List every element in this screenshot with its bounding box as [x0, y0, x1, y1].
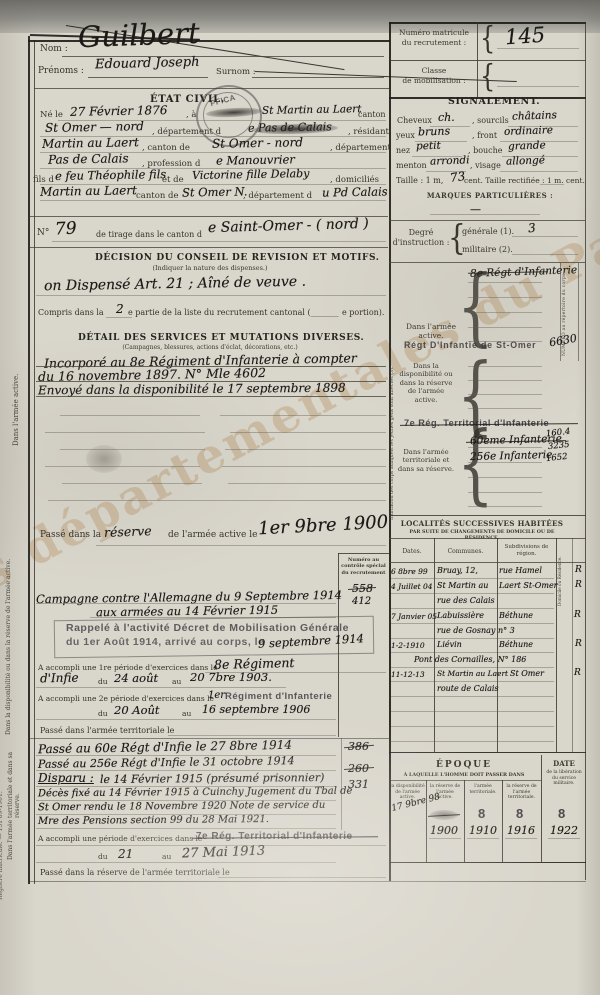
matricule-brace: {	[480, 22, 495, 53]
ruled-line	[391, 623, 554, 624]
ruled-line	[88, 77, 208, 78]
terr-line3-disparu: Disparu :	[38, 771, 94, 785]
periode2-date2: 16 septembre 1906	[202, 703, 310, 716]
ruled-line	[62, 483, 202, 484]
rappele-stamp-line1: Rappelé à l'activité Décret de Mobilisat…	[66, 622, 349, 634]
localites-row-dr: R	[575, 639, 582, 649]
epoque-subtitle: À LAQUELLE L'HOMME DOIT PASSER DANS	[390, 772, 538, 778]
controle-value-2: 412	[352, 596, 371, 607]
ruled-line	[540, 184, 564, 185]
section-divider	[389, 515, 586, 516]
localites-col-line-4	[572, 538, 573, 752]
matricule-label-2: du recrutement :	[394, 38, 474, 47]
periode1-date2: 20 7bre 1903.	[190, 670, 272, 684]
ruled-line	[391, 741, 554, 742]
compris-label-2: e partie de la liste du recrutement cant…	[128, 308, 339, 317]
controle-column-top	[338, 553, 389, 554]
localites-col-subdiv: Subdivisions de région.	[499, 544, 554, 558]
ruled-line	[40, 200, 386, 201]
ruled-line	[391, 593, 554, 594]
ruled-line	[60, 449, 205, 450]
ruled-line	[106, 317, 132, 318]
ruled-line	[468, 394, 542, 395]
nom-value: Guilbert	[77, 16, 200, 54]
classe-label-1: Classe	[394, 66, 474, 75]
periode2-au: au	[182, 709, 191, 718]
ruled-line	[468, 380, 542, 381]
matricule-value: 145	[504, 23, 546, 50]
localites-row-commune: Pont des Cornailles, N° 186	[414, 655, 526, 664]
margin-armee-active: Dans l'armée active.	[12, 330, 26, 490]
ruled-line	[391, 608, 554, 609]
nez-label: nez	[396, 146, 410, 155]
section-divider	[30, 247, 388, 248]
ruled-line	[45, 432, 205, 433]
localites-row-subdiv: Béthune	[499, 640, 533, 649]
ruled-line	[497, 86, 579, 87]
terr-line6: Mre des Pensions section 99 du 28 Mai 19…	[38, 814, 269, 827]
ruled-line	[391, 696, 554, 697]
ruled-line	[497, 48, 579, 49]
localites-row-commune: Labuissière	[437, 611, 484, 620]
generale-label: générale (1).	[462, 227, 514, 236]
terr-line5: St Omer rendu le 18 Novembre 1920 Note d…	[38, 800, 325, 814]
localites-row-date: 7 Janvier 05	[391, 612, 437, 621]
periode3-date2: 27 Mai 1913	[182, 844, 266, 862]
ruled-line	[36, 295, 386, 296]
ruled-line	[36, 396, 386, 397]
ruled-line	[228, 483, 386, 484]
ruled-line	[36, 828, 336, 829]
tirage-canton: e Saint-Omer - ( nord )	[208, 216, 369, 236]
epoque-col3-header: l'armée territoriale.	[466, 784, 500, 795]
localites-row-commune: Bruay, 12,	[437, 566, 478, 575]
instruction-label-1: Degré	[398, 228, 444, 238]
ruled-line	[391, 638, 554, 639]
epoque-col3-stamp: 8	[478, 806, 486, 821]
cheveux-label: Cheveux	[397, 116, 432, 125]
terr-line1: Passé au 60e Régt d'Infie le 27 8bre 191…	[38, 738, 292, 756]
periode3-label: A accompli une période d'exercices dans …	[38, 834, 202, 843]
prenoms-value: Edouard Joseph	[95, 55, 200, 73]
periode2-1er: 1er	[208, 690, 225, 701]
compris-value: 2	[116, 302, 124, 316]
ruled-line	[512, 254, 578, 255]
epoque-title: ÉPOQUE	[390, 760, 538, 771]
ruled-line	[468, 477, 542, 478]
epoque-col-line-1	[426, 780, 427, 862]
ec-l4-h2: e Manouvrier	[216, 152, 295, 167]
section-divider	[389, 220, 585, 221]
ruled-line	[430, 214, 540, 215]
periode1-infanterie: d'Infie	[40, 671, 79, 686]
passe-reserve-value-1: réserve	[104, 523, 152, 540]
epoque-col-line-2	[464, 780, 465, 862]
epoque-col2-value: 1900	[430, 824, 458, 837]
passe-reserve-label-1: Passé dans la	[40, 530, 101, 540]
localites-row-commune: Liévin	[437, 640, 462, 649]
corps-active-label: Dans l'armée active.	[404, 322, 458, 341]
decision-title: DÉCISION DU CONSEIL DE REVISION ET MOTIF…	[95, 253, 380, 263]
compris-label-1: Compris dans la	[38, 308, 104, 317]
ec-l5-h1: e feu Théophile fils	[55, 167, 166, 183]
localites-row-commune: rue des Calais	[437, 596, 495, 605]
rappele-stamp-line2: du 1er Août 1914, arrivé au corps, le	[66, 636, 264, 648]
localites-col-line-1	[434, 538, 435, 752]
decision-subtitle: (Indiquer la nature des dispenses.)	[120, 264, 300, 272]
periode2-date1: 20 Août	[114, 703, 160, 717]
sourcils-value: châtains	[512, 109, 557, 123]
localites-row-subdiv: rue Hamel	[499, 566, 542, 575]
periode3-date1: 21	[118, 847, 133, 861]
ec-l1-p2: , à	[186, 110, 196, 120]
ruled-line	[60, 415, 200, 416]
epoque-date-subtitle: de la libération du service militaire.	[543, 770, 585, 787]
localites-row-subdiv: Laert St-Omer	[499, 581, 558, 590]
ruled-line	[468, 297, 542, 298]
ec-l1-p1: Né le	[40, 110, 63, 120]
bouche-value: grande	[508, 139, 546, 152]
corps-terr-brace: {	[457, 420, 494, 507]
ruled-line	[225, 449, 386, 450]
ruled-line	[505, 838, 537, 839]
localites-col-line-2	[497, 538, 498, 752]
corps-dispo-label: Dans la disponibilité ou dans la réserve…	[396, 362, 456, 404]
services-title: DÉTAIL DES SERVICES ET MUTATIONS DIVERSE…	[78, 333, 364, 343]
epoque-col3-value: 1910	[469, 824, 497, 837]
ruled-line	[391, 681, 554, 682]
ruled-line	[230, 432, 386, 433]
corps-terr-num-3: 1652	[546, 452, 569, 464]
ruled-line	[468, 408, 542, 409]
periode1-date1: 24 août	[114, 671, 158, 685]
militaire-label: militaire (2).	[462, 245, 513, 254]
ec-l3-h2: St Omer - nord	[212, 135, 303, 151]
ruled-line	[220, 415, 386, 416]
periode2-du: du	[98, 709, 108, 718]
periode2-stamp: Régiment d'Infanterie	[225, 691, 332, 702]
margin-registre-matricule: Registre matricule. — 131 89-1901.	[0, 700, 10, 900]
menton-label: menton	[396, 161, 427, 170]
ec-l1-p3: canton	[358, 110, 386, 119]
passe-reserve-terr-label: Passé dans la réserve de l'armée territo…	[40, 868, 230, 877]
epoque-date-title: DATE	[543, 760, 585, 769]
ruled-line	[468, 506, 542, 507]
localites-col-dr: Domicile ou Résidence.	[558, 540, 571, 606]
localites-row-date: 1-2-1910	[391, 641, 425, 650]
localites-row-dr: R	[574, 668, 581, 678]
localites-row-date: 6 8bre 99	[391, 567, 428, 576]
taille-label-3: cent.	[566, 176, 585, 185]
ec-l6-h3: u Pd Calais	[322, 184, 388, 199]
margin-number-divider	[341, 738, 342, 830]
ruled-line	[36, 719, 336, 720]
ruled-line	[468, 366, 542, 367]
epoque-date-divider	[541, 755, 542, 862]
ruled-line	[468, 447, 542, 448]
ruled-line	[36, 687, 286, 688]
frame-bottom	[28, 881, 586, 882]
ruled-line	[468, 462, 542, 463]
corps-terr-num-2: 3235	[548, 440, 571, 452]
ruled-line	[391, 726, 554, 727]
periode2-label: A accompli une 2e période d'exercices da…	[38, 694, 214, 703]
ruled-line	[391, 578, 554, 579]
matricule-box-divider	[477, 22, 478, 97]
ruled-line	[391, 667, 554, 668]
frame-left-inner	[34, 40, 35, 884]
localites-header-bottom	[389, 562, 586, 563]
frame-left	[28, 36, 30, 884]
matricule-label-1: Numéro matricule	[394, 28, 474, 37]
services-line3: Envoyé dans la disponibilité le 17 septe…	[38, 381, 346, 398]
sourcils-label: , sourcils	[472, 116, 509, 125]
localites-row-date: 11-12-13	[391, 670, 425, 679]
localites-row-dr: R	[574, 610, 581, 620]
epoque-date-stamp: 8	[558, 806, 566, 821]
epoque-col4-value: 1916	[507, 824, 535, 837]
ec-l1-h1: 27 Février 1876	[70, 103, 168, 119]
surnom-label: Surnom :	[216, 67, 256, 77]
ec-l6-h1: Martin au Laert	[40, 183, 137, 199]
marques-label: MARQUES PARTICULIÈRES :	[420, 192, 560, 201]
tirage-no-label: N°	[37, 228, 49, 238]
periode1-au: au	[172, 677, 181, 686]
passe-territoriale-label: Passé dans l'armée territoriale le	[40, 726, 174, 735]
ec-l3-h1: Martin au Laert	[42, 135, 139, 151]
bouche-label: , bouche	[468, 146, 503, 155]
ruled-line	[512, 236, 578, 237]
corps-terr-value-2: 256e Infanterie	[470, 449, 553, 463]
corps-terr-num-1: 160.4	[546, 427, 571, 439]
localites-col-communes: Communes.	[436, 548, 495, 556]
compris-label-3: e portion).	[342, 308, 384, 317]
terr-line4: Décès fixé au 14 Février 1915 à Cuinchy …	[38, 786, 352, 800]
epoque-header-line	[389, 780, 541, 781]
ruled-line	[36, 862, 336, 863]
paper-blot	[86, 445, 122, 473]
terr-line3-detail: le 14 Février 1915 (présumé prisonnier)	[100, 771, 325, 786]
epoque-table-bottom	[389, 862, 586, 863]
localites-subtitle: PAR SUITE DE CHANGEMENTS DE DOMICILE OU …	[392, 529, 572, 541]
ruled-line	[45, 466, 200, 467]
ruled-line	[52, 241, 386, 242]
ruled-line	[467, 838, 499, 839]
ec-l6-h2: St Omer N.	[182, 184, 248, 199]
front-label: , front	[472, 131, 497, 140]
nom-label: Nom :	[40, 44, 68, 54]
periode1-du: du	[98, 677, 108, 686]
tirage-label: de tirage dans le canton d	[96, 230, 202, 239]
classe-brace: {	[480, 60, 495, 91]
localites-row-dr: R	[575, 580, 582, 590]
numero-strip-right	[578, 263, 579, 361]
localites-col-dates: Dates.	[392, 548, 432, 556]
ruled-line	[222, 466, 386, 467]
localites-title: LOCALITÉS SUCCESSIVES HABITÉES	[392, 519, 572, 528]
localites-table-bottom	[389, 752, 586, 753]
generale-value: 3	[527, 221, 536, 236]
localites-row-date: 4 Juillet 04	[391, 582, 433, 591]
taille-label-1: Taille : 1 m,	[396, 176, 443, 185]
corps-terr-label: Dans l'armée territoriale et dans sa rés…	[396, 448, 456, 473]
controle-header: Numéro au contrôle spécial du recrutemen…	[340, 557, 387, 576]
cheveux-value: ch.	[438, 111, 455, 124]
periode3-au: au	[162, 852, 171, 861]
margin-territoriale: Dans l'armée territoriale et dans sa rés…	[8, 740, 28, 872]
ruled-line	[391, 652, 554, 653]
epoque-col-line-3	[502, 780, 503, 862]
tirage-number: 79	[54, 218, 77, 239]
classe-label-2: de mobilisation :	[394, 76, 474, 85]
epoque-date-value: 1922	[550, 824, 578, 837]
yeux-value: bruns	[418, 124, 451, 138]
localites-row-commune: St Martin au	[437, 581, 488, 590]
passe-reserve-label-2: de l'armée active le	[168, 530, 257, 540]
nez-value: petit	[416, 140, 441, 153]
military-record-sheet: Archives départementales du Pas-de-Calai…	[0, 0, 600, 995]
localites-row-dr: R	[575, 565, 582, 575]
ruled-line	[252, 77, 384, 78]
terr-line2: Passé au 256e Régt d'Infie le 31 octobre…	[38, 754, 295, 771]
ruled-line	[468, 492, 542, 493]
front-value: ordinaire	[504, 124, 553, 138]
ruled-line	[468, 327, 542, 328]
ruled-line	[391, 711, 554, 712]
ruled-line	[96, 545, 386, 546]
prenoms-label: Prénoms :	[38, 66, 84, 76]
localites-row-subdiv: St Omer	[510, 669, 544, 678]
ec-l4-h1: Pas de Calais	[48, 151, 129, 166]
periode3-du: du	[98, 852, 108, 861]
ruled-line	[429, 838, 461, 839]
localites-row-commune: St Martin au Laert	[437, 669, 508, 678]
decision-value: on Dispensé Art. 21 ; Aîné de veuve .	[44, 274, 306, 295]
menton-value: arrondi	[430, 154, 470, 167]
passe-reserve-value-2: 1er 9bre 1900	[258, 512, 389, 540]
ruled-line	[468, 312, 542, 313]
ruled-line	[48, 500, 386, 501]
signalement-title: SIGNALEMENT.	[448, 96, 540, 107]
localites-row-commune: route de Calais	[437, 684, 499, 693]
instruction-label-2: d'instruction :	[392, 238, 450, 248]
epoque-col4-stamp: 8	[516, 806, 524, 821]
localites-row-subdiv: Béthune	[499, 611, 533, 620]
ruled-line	[218, 877, 386, 878]
ruled-line	[548, 838, 580, 839]
yeux-label: yeux	[396, 131, 415, 140]
ec-l2-h1: St Omer — nord	[45, 119, 144, 135]
ruled-line	[468, 282, 542, 283]
ec-l5-h2: Victorine fille Delaby	[192, 167, 310, 182]
visage-label: , visage	[470, 161, 501, 170]
ruled-line	[500, 171, 578, 172]
ec-l1-h2: St Martin au Laert	[262, 103, 362, 117]
localites-row-commune: rue de Gosnay n° 3	[437, 626, 515, 635]
visage-value: allongé	[506, 154, 545, 167]
epoque-col4-header: la réserve de l'armée territoriale.	[504, 784, 539, 801]
ruled-line	[168, 735, 336, 736]
